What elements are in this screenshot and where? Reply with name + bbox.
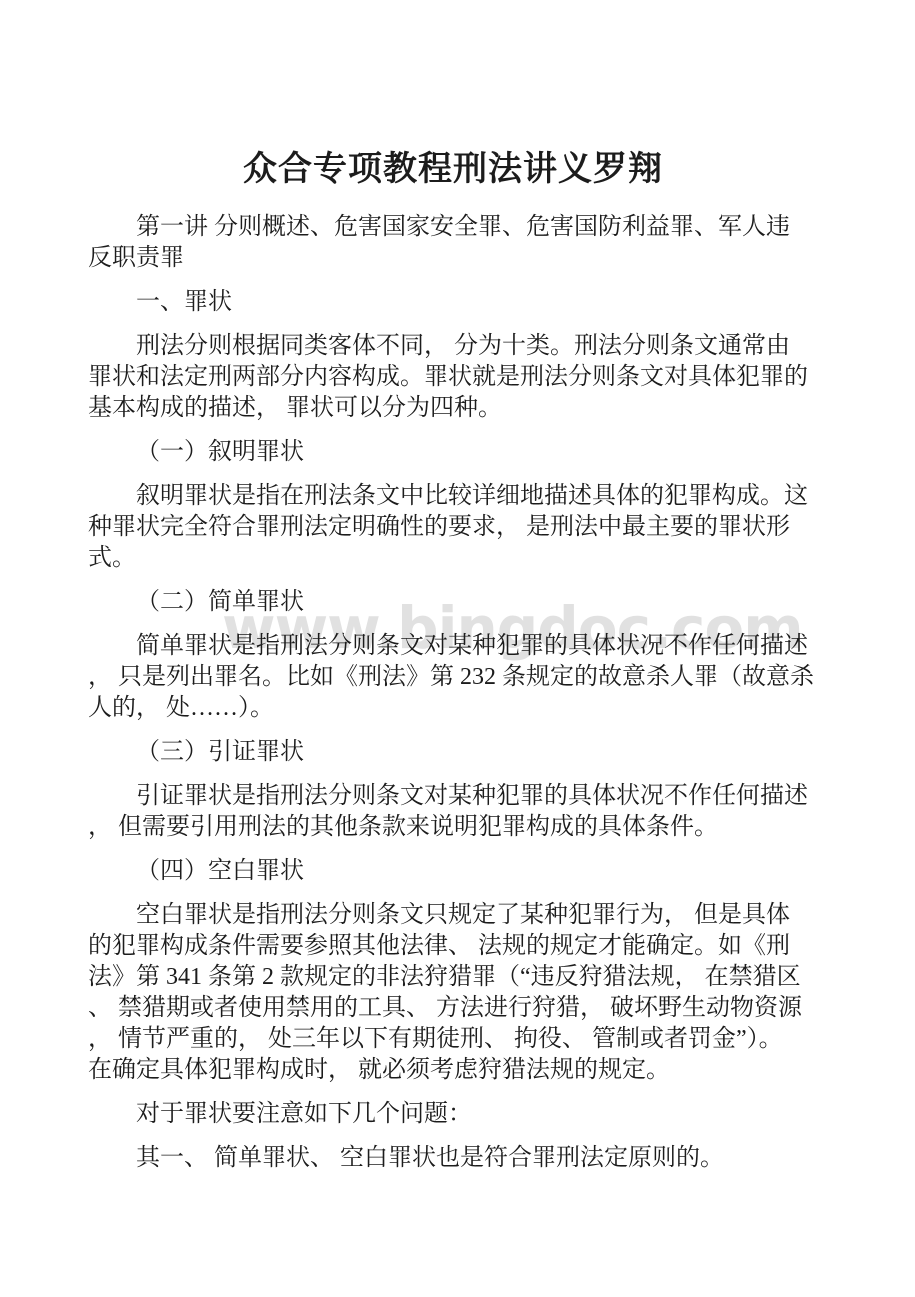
chapter-heading: 第一讲 分则概述、危害国家安全罪、危害国防利益罪、军人违 反职责罪 [88, 212, 818, 274]
subheading-simple: （二）简单罪状 [88, 587, 818, 618]
paragraph-citation: 引证罪状是指刑法分则条文对某种犯罪的具体状况不作任何描述 ， 但需要引用刑法的其… [88, 781, 818, 843]
document-title: 众合专项教程刑法讲义罗翔 [88, 148, 818, 192]
paragraph-issue-1: 其一、 简单罪状、 空白罪状也是符合罪刑法定原则的。 [88, 1143, 818, 1174]
section-heading-crime-description: 一、罪状 [88, 287, 818, 318]
document-page: www.bingdoc.com 众合专项教程刑法讲义罗翔 第一讲 分则概述、危害… [0, 0, 915, 1297]
subheading-narrative: （一）叙明罪状 [88, 437, 818, 468]
intro-paragraph: 刑法分则根据同类客体不同， 分为十类。刑法分则条文通常由 罪状和法定刑两部分内容… [88, 331, 818, 424]
subheading-blank: （四）空白罪状 [88, 856, 818, 887]
subheading-citation: （三）引证罪状 [88, 737, 818, 768]
document-content: 众合专项教程刑法讲义罗翔 第一讲 分则概述、危害国家安全罪、危害国防利益罪、军人… [88, 148, 818, 1187]
paragraph-blank: 空白罪状是指刑法分则条文只规定了某种犯罪行为， 但是具体 的犯罪构成条件需要参照… [88, 900, 818, 1086]
paragraph-simple: 简单罪状是指刑法分则条文对某种犯罪的具体状况不作任何描述 ， 只是列出罪名。比如… [88, 631, 818, 724]
paragraph-narrative: 叙明罪状是指在刑法条文中比较详细地描述具体的犯罪构成。这 种罪状完全符合罪刑法定… [88, 481, 818, 574]
paragraph-issues-lead: 对于罪状要注意如下几个问题： [88, 1099, 818, 1130]
